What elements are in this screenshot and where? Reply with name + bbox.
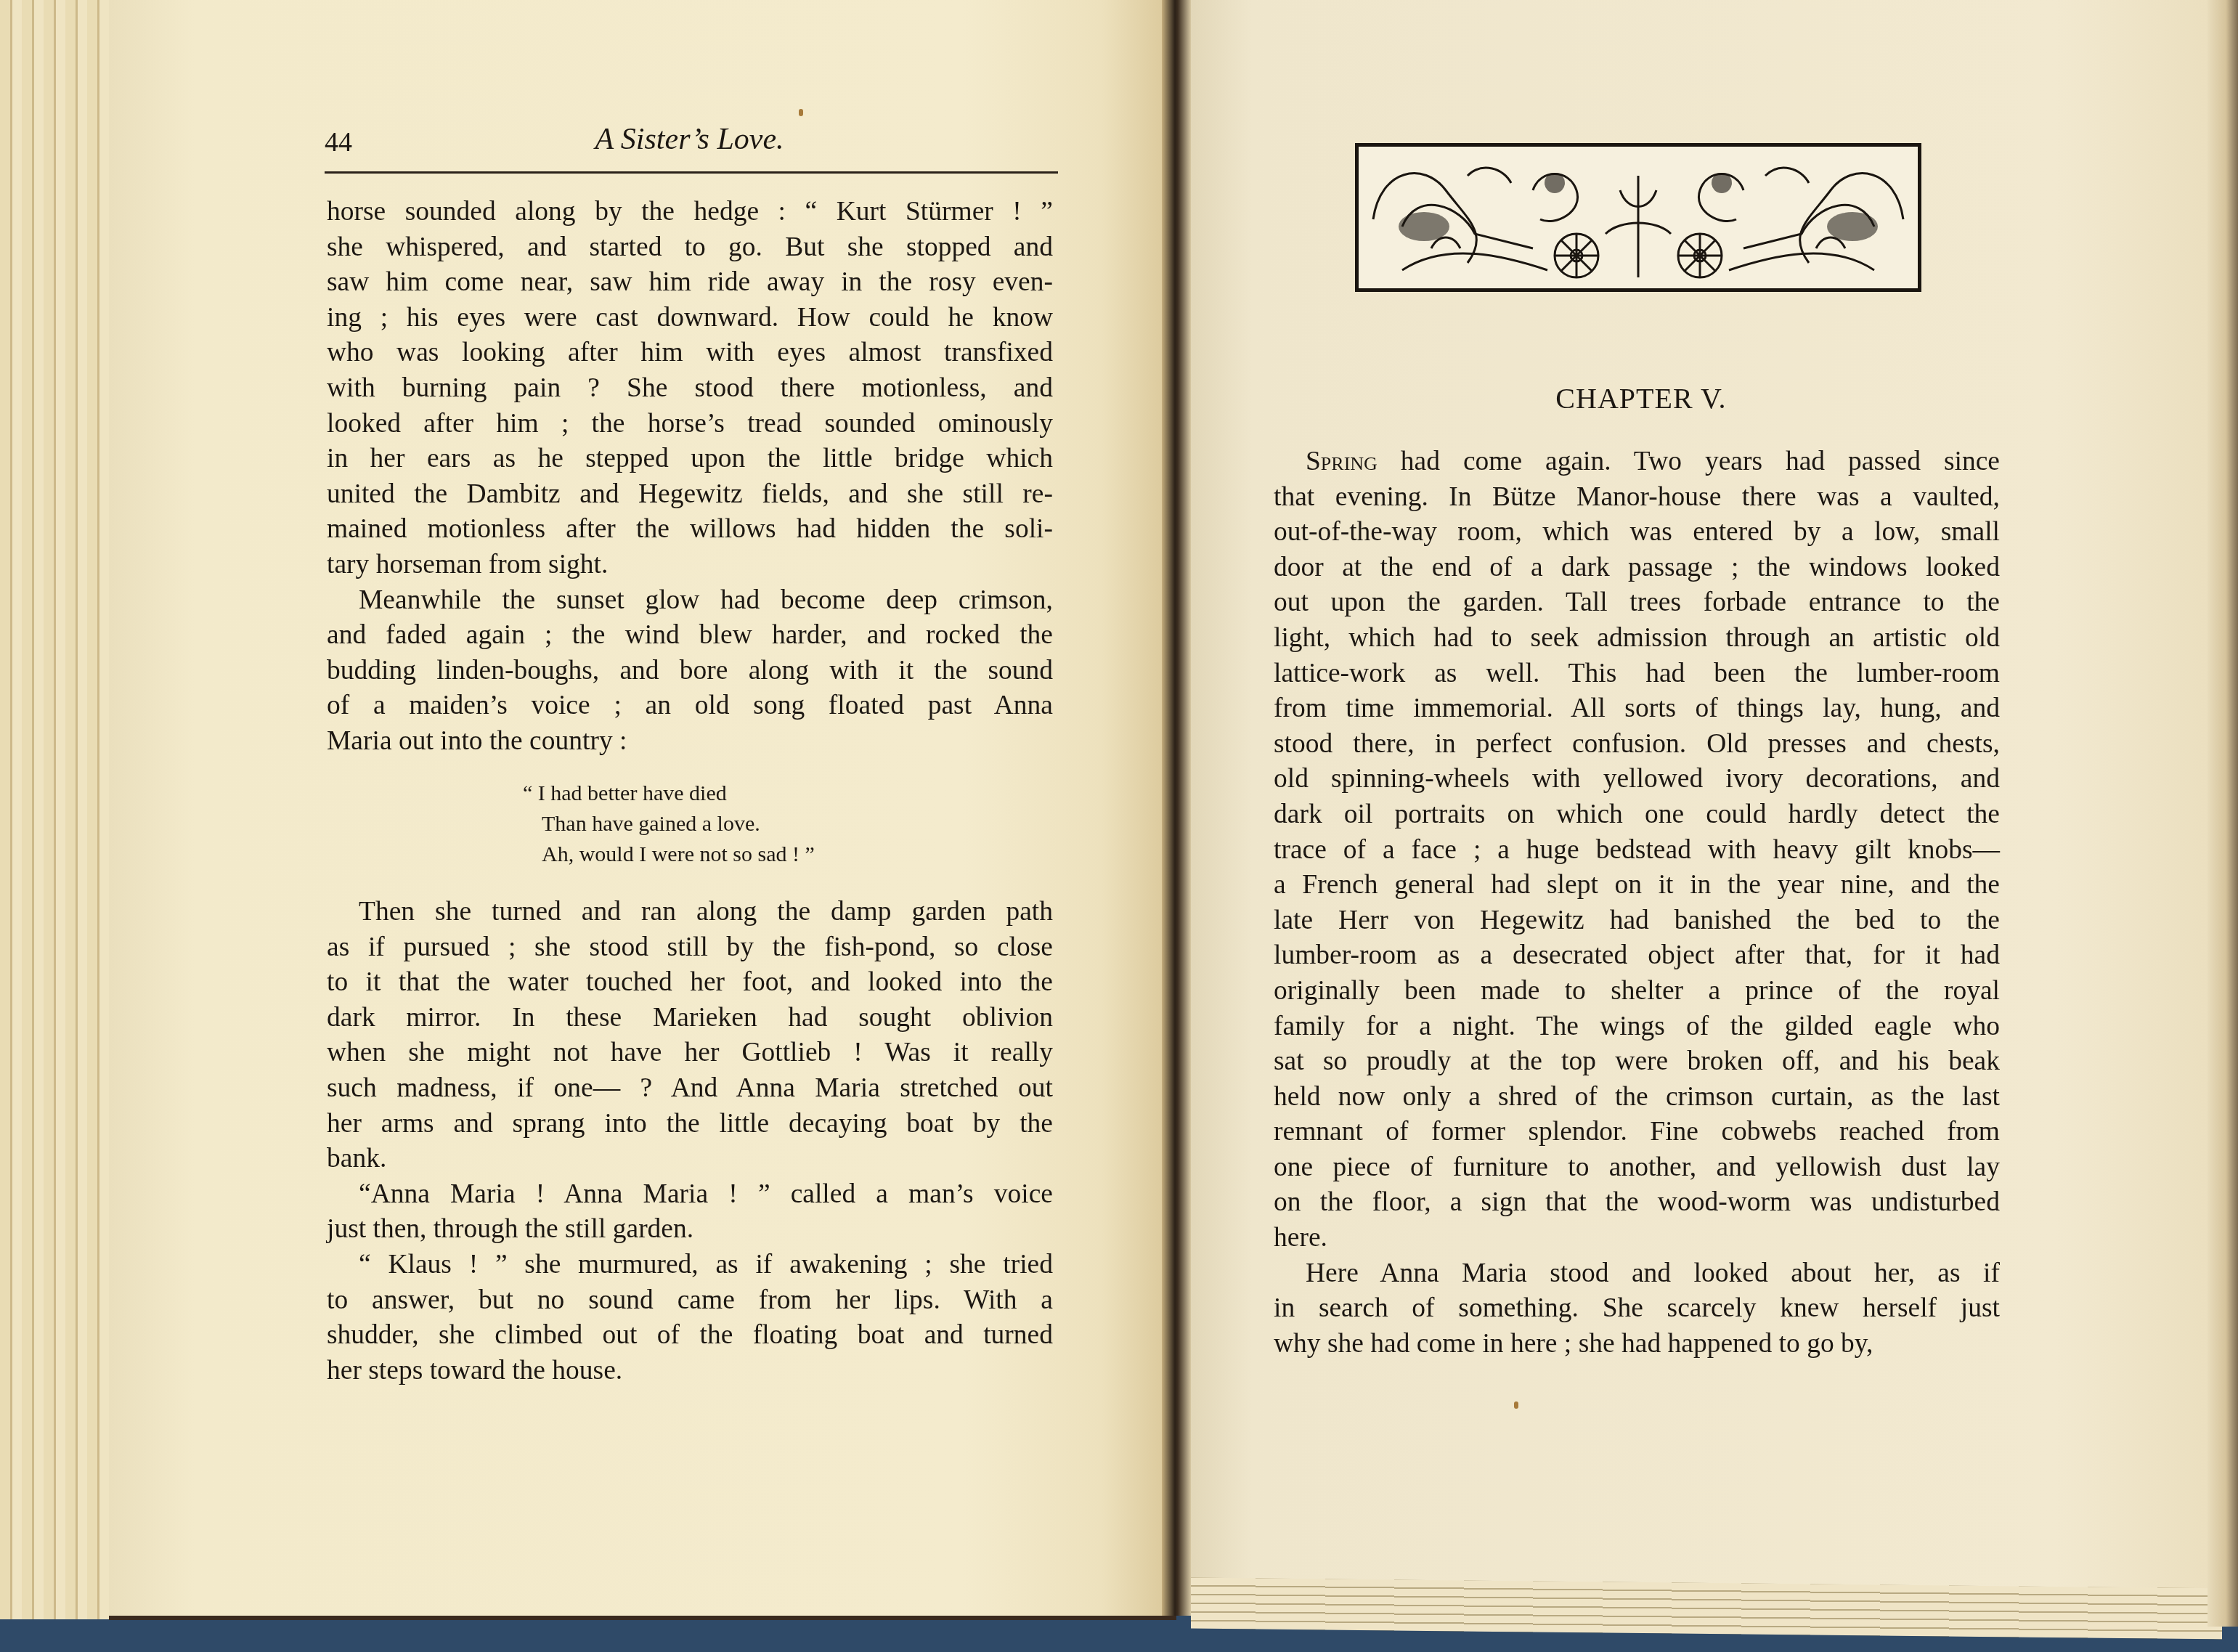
text-line: when she might not have her Gottlieb ! W… bbox=[327, 1035, 1053, 1071]
text-line: she whispered, and started to go. But sh… bbox=[327, 230, 1053, 266]
ornament-chariots-icon bbox=[1359, 147, 1918, 288]
opening-word: Spring bbox=[1306, 447, 1378, 476]
text-line: sat so proudly at the top were broken of… bbox=[1274, 1044, 2000, 1080]
text-line: looked after him ; the horse’s tread sou… bbox=[327, 407, 1053, 442]
text-line: stood there, in perfect confusion. Old p… bbox=[1274, 727, 2000, 762]
text-line: out upon the garden. Tall trees forbade … bbox=[1274, 585, 2000, 621]
paragraph: “Anna Maria ! Anna Maria ! ” called a ma… bbox=[327, 1177, 1053, 1248]
text-line: out-of-the-way room, which was entered b… bbox=[1274, 515, 2000, 550]
text-line: door at the end of a dark passage ; the … bbox=[1274, 550, 2000, 586]
right-page-edge-strip bbox=[2208, 0, 2238, 1627]
text-line: trace of a face ; a huge bedstead with h… bbox=[1274, 833, 2000, 868]
verse-line: Ah, would I were not so sad ! ” bbox=[523, 839, 815, 870]
right-page-edges bbox=[1191, 1578, 2222, 1640]
text-line: saw him come near, saw him ride away in … bbox=[327, 265, 1053, 301]
text-line: budding linden-boughs, and bore along wi… bbox=[327, 654, 1053, 689]
text-line: a French general had slept on it in the … bbox=[1274, 868, 2000, 903]
text-line: just then, through the still garden. bbox=[327, 1212, 1053, 1248]
text-line: from time immemorial. All sorts of thing… bbox=[1274, 691, 2000, 727]
paragraph: “ Klaus ! ” she murmured, as if awakenin… bbox=[327, 1248, 1053, 1388]
running-head: 44 A Sister’s Love. bbox=[325, 122, 1054, 173]
text-line: such madness, if one— ? And Anna Maria s… bbox=[327, 1071, 1053, 1107]
text-line: of a maiden’s voice ; an old song floate… bbox=[327, 688, 1053, 724]
paper-speck bbox=[799, 109, 803, 116]
text-line: one piece of furniture to another, and y… bbox=[1274, 1150, 2000, 1186]
text-line: in her ears as he stepped upon the littl… bbox=[327, 442, 1053, 477]
text-line: who was looking after him with eyes almo… bbox=[327, 335, 1053, 371]
verse-line: Than have gained a love. bbox=[523, 809, 815, 839]
text-line: “Anna Maria ! Anna Maria ! ” called a ma… bbox=[327, 1177, 1053, 1213]
text-line: dark oil portraits on which one could ha… bbox=[1274, 797, 2000, 833]
text-line: Maria out into the country : bbox=[327, 724, 1053, 760]
text-line: dark mirror. In these Marieken had sough… bbox=[327, 1001, 1053, 1036]
text-line: Then she turned and ran along the damp g… bbox=[327, 895, 1053, 930]
text-line: old spinning-wheels with yellowed ivory … bbox=[1274, 762, 2000, 797]
text-line: here. bbox=[1274, 1221, 2000, 1256]
opening-paragraph: Spring had come again. Two years had pas… bbox=[1274, 444, 2000, 1256]
text-line: her steps toward the house. bbox=[327, 1354, 1053, 1389]
left-body-text: horse sounded along by the hedge : “ Kur… bbox=[327, 195, 1053, 760]
text-line: bank. bbox=[327, 1142, 1053, 1177]
text-line: Spring had come again. Two years had pas… bbox=[1274, 444, 2000, 480]
text-line: family for a night. The wings of the gil… bbox=[1274, 1009, 2000, 1045]
text-line: originally been made to shelter a prince… bbox=[1274, 974, 2000, 1009]
opening-line-rest: had come again. Two years had passed sin… bbox=[1378, 447, 2000, 476]
text-line: with burning pain ? She stood there moti… bbox=[327, 371, 1053, 407]
text-line: tary horseman from sight. bbox=[327, 548, 1053, 583]
book-gutter bbox=[1162, 0, 1191, 1616]
text-line: horse sounded along by the hedge : “ Kur… bbox=[327, 195, 1053, 230]
chapter-title: CHAPTER V. bbox=[1264, 381, 2019, 415]
text-line: on the floor, a sign that the wood-worm … bbox=[1274, 1185, 2000, 1221]
text-line: mained motionless after the willows had … bbox=[327, 512, 1053, 548]
text-line: that evening. In Bütze Manor-house there… bbox=[1274, 480, 2000, 516]
paragraph: Here Anna Maria stood and looked about h… bbox=[1274, 1256, 2000, 1362]
verse-quote: “ I had better have diedThan have gained… bbox=[523, 778, 815, 870]
text-line: “ Klaus ! ” she murmured, as if awakenin… bbox=[327, 1248, 1053, 1283]
text-line: light, which had to seek admission throu… bbox=[1274, 621, 2000, 656]
running-title: A Sister’s Love. bbox=[325, 122, 1054, 157]
header-rule bbox=[325, 171, 1058, 174]
text-line: remnant of former splendor. Fine cobwebs… bbox=[1274, 1115, 2000, 1150]
paragraph: horse sounded along by the hedge : “ Kur… bbox=[327, 195, 1053, 583]
woodcut-headpiece-ornament bbox=[1355, 143, 1921, 292]
text-line: to answer, but no sound came from her li… bbox=[327, 1283, 1053, 1319]
paragraph: Meanwhile the sunset glow had become dee… bbox=[327, 583, 1053, 760]
text-line: lattice-work as well. This had been the … bbox=[1274, 656, 2000, 692]
verse-line: “ I had better have died bbox=[523, 778, 815, 809]
text-line: and faded again ; the wind blew harder, … bbox=[327, 618, 1053, 654]
text-line: why she had come in here ; she had happe… bbox=[1274, 1327, 2000, 1362]
text-line: late Herr von Hegewitz had banished the … bbox=[1274, 903, 2000, 939]
left-page-edges bbox=[0, 0, 118, 1619]
paragraph: Then she turned and ran along the damp g… bbox=[327, 895, 1053, 1177]
text-line: lumber-room as a desecrated object after… bbox=[1274, 938, 2000, 974]
text-line: Here Anna Maria stood and looked about h… bbox=[1274, 1256, 2000, 1292]
text-line: as if pursued ; she stood still by the f… bbox=[327, 930, 1053, 966]
text-line: to it that the water touched her foot, a… bbox=[327, 965, 1053, 1001]
left-body-text-continued: Then she turned and ran along the damp g… bbox=[327, 895, 1053, 1388]
text-line: in search of something. She scarcely kne… bbox=[1274, 1291, 2000, 1327]
text-line: Meanwhile the sunset glow had become dee… bbox=[327, 583, 1053, 619]
text-line: held now only a shred of the crimson cur… bbox=[1274, 1080, 2000, 1115]
right-body-text: Spring had come again. Two years had pas… bbox=[1274, 444, 2000, 1362]
text-line: shudder, she climbed out of the floating… bbox=[327, 1318, 1053, 1354]
text-line: united the Dambitz and Hegewitz fields, … bbox=[327, 477, 1053, 513]
text-line: ing ; his eyes were cast downward. How c… bbox=[327, 301, 1053, 336]
paper-speck bbox=[1514, 1401, 1518, 1409]
text-line: her arms and sprang into the little deca… bbox=[327, 1107, 1053, 1142]
